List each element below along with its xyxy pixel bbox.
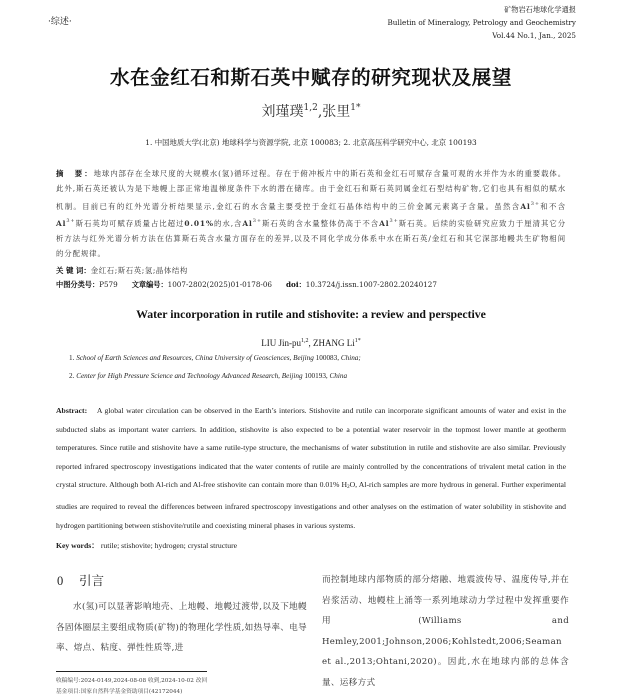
author-name: 刘瑾璞	[261, 104, 303, 120]
abstract-cn: 摘 要：地球内部存在全球尺度的大规模水(氢)循环过程。存在于俯冲板片中的斯石英和…	[56, 166, 566, 262]
abstract-en: Abstract: A global water circulation can…	[56, 402, 566, 535]
keywords-en: Key words： rutile; stishovite; hydrogen;…	[56, 540, 237, 551]
author-name: 张里	[322, 104, 350, 120]
author-name: LIU Jin-pu	[261, 338, 301, 348]
affiliations-cn: 1. 中国地质大学(北京) 地球科学与资源学院, 北京 100083; 2. 北…	[0, 137, 622, 148]
abstract-text: 和不含	[540, 202, 566, 211]
page-title-cn: 水在金红石和斯石英中赋存的研究现状及展望	[0, 62, 622, 90]
doi-label: doi：	[286, 280, 306, 289]
abstract-label-cn: 摘 要：	[56, 169, 94, 178]
chem-charge: 3+	[66, 218, 75, 224]
journal-name-en: Bulletin of Mineralogy, Petrology and Ge…	[387, 16, 576, 29]
chem-charge: 3+	[531, 201, 540, 207]
section-tag: ·综述·	[48, 14, 72, 27]
keywords-label-en: Key words：	[56, 541, 99, 550]
chem-charge: 3+	[253, 218, 262, 224]
postal-code: 100083,	[316, 354, 339, 362]
volume-issue: Vol.44 No.1, Jan., 2025	[387, 29, 576, 42]
author-affil-sup: 1,2	[301, 338, 309, 344]
affiliation-text: Center for High Pressure Science and Tec…	[76, 372, 302, 380]
keywords-cn: 关 键 词：金红石;斯石英;氢;晶体结构	[56, 265, 188, 276]
page-title-en: Water incorporation in rutile and stisho…	[0, 307, 622, 322]
keywords-text-en: rutile; stishovite; hydrogen; crystal st…	[101, 541, 237, 550]
article-no-label: 文章编号：	[132, 280, 168, 289]
doi-value[interactable]: 10.3724/j.issn.1007-2802.20240127	[306, 280, 437, 289]
author-name: ZHANG Li	[313, 338, 355, 348]
affiliation-en-1: 1. School of Earth Sciences and Resource…	[69, 354, 361, 362]
chem-al: Al	[56, 219, 66, 228]
keywords-text-cn: 金红石;斯石英;氢;晶体结构	[91, 266, 188, 275]
received-date-note: 收稿编号:2024-0149,2024-08-08 收到,2024-10-02 …	[56, 676, 207, 687]
chem-al: Al	[379, 219, 389, 228]
section-heading: 0引言	[57, 571, 104, 589]
affiliation-number: 1.	[69, 354, 74, 362]
clc-label: 中图分类号：	[56, 280, 99, 289]
abstract-label-en: Abstract:	[56, 406, 87, 415]
postal-code: 100193,	[304, 372, 327, 380]
author-affil-sup: 1*	[355, 338, 361, 344]
section-number: 0	[57, 574, 79, 589]
chem-al: Al	[520, 202, 530, 211]
affiliation-country: China	[330, 372, 348, 380]
affiliation-text: School of Earth Sciences and Resources, …	[76, 354, 314, 362]
authors-en: LIU Jin-pu1,2, ZHANG Li1*	[0, 338, 622, 348]
keywords-label-cn: 关 键 词：	[56, 266, 91, 275]
chem-charge: 3+	[390, 218, 399, 224]
article-no-value: 1007-2802(2025)01-0178-06	[168, 280, 272, 289]
author-affil-sup: 1,2	[303, 103, 317, 113]
journal-header: 矿物岩石地球化学通报 Bulletin of Mineralogy, Petro…	[387, 3, 576, 42]
abstract-text: 地球内部存在全球尺度的大规模水(氢)循环过程。存在于俯冲板片中的斯石英和金红石可…	[56, 169, 566, 211]
affiliation-country: China;	[341, 354, 361, 362]
funding-note: 基金项目:国家自然科学基金资助项目(42172044)	[56, 687, 207, 698]
percent-value: 0.01%	[184, 219, 214, 228]
footnote-divider	[56, 671, 207, 672]
affiliation-en-2: 2. Center for High Pressure Science and …	[69, 372, 347, 380]
abstract-text: 斯石英均可赋存质量占比超过	[76, 219, 185, 228]
body-column-right: 而控制地球内部物质的部分熔融、地震波传导、温度传导,并在岩浆活动、地幔柱上涌等一…	[322, 570, 569, 694]
authors-cn: 刘瑾璞1,2,张里1*	[0, 101, 622, 121]
article-meta: 中图分类号：P579文章编号：1007-2802(2025)01-0178-06…	[56, 280, 437, 290]
abstract-text: A global water circulation can be observ…	[56, 406, 566, 489]
clc-value: P579	[99, 280, 118, 289]
section-title: 引言	[79, 573, 104, 588]
affiliation-number: 2.	[69, 372, 74, 380]
journal-name-cn: 矿物岩石地球化学通报	[387, 3, 576, 16]
footnotes: 收稿编号:2024-0149,2024-08-08 收到,2024-10-02 …	[56, 676, 207, 697]
chem-al: Al	[242, 219, 252, 228]
abstract-text: 的水,含	[214, 219, 243, 228]
body-column-left: 水(氢)可以显著影响地壳、上地幔、地幔过渡带,以及下地幔各固体圈层主要组成物质(…	[56, 597, 307, 659]
author-affil-sup: 1*	[350, 103, 360, 113]
abstract-text: 斯石英的含水量整体仍高于不含	[262, 219, 379, 228]
